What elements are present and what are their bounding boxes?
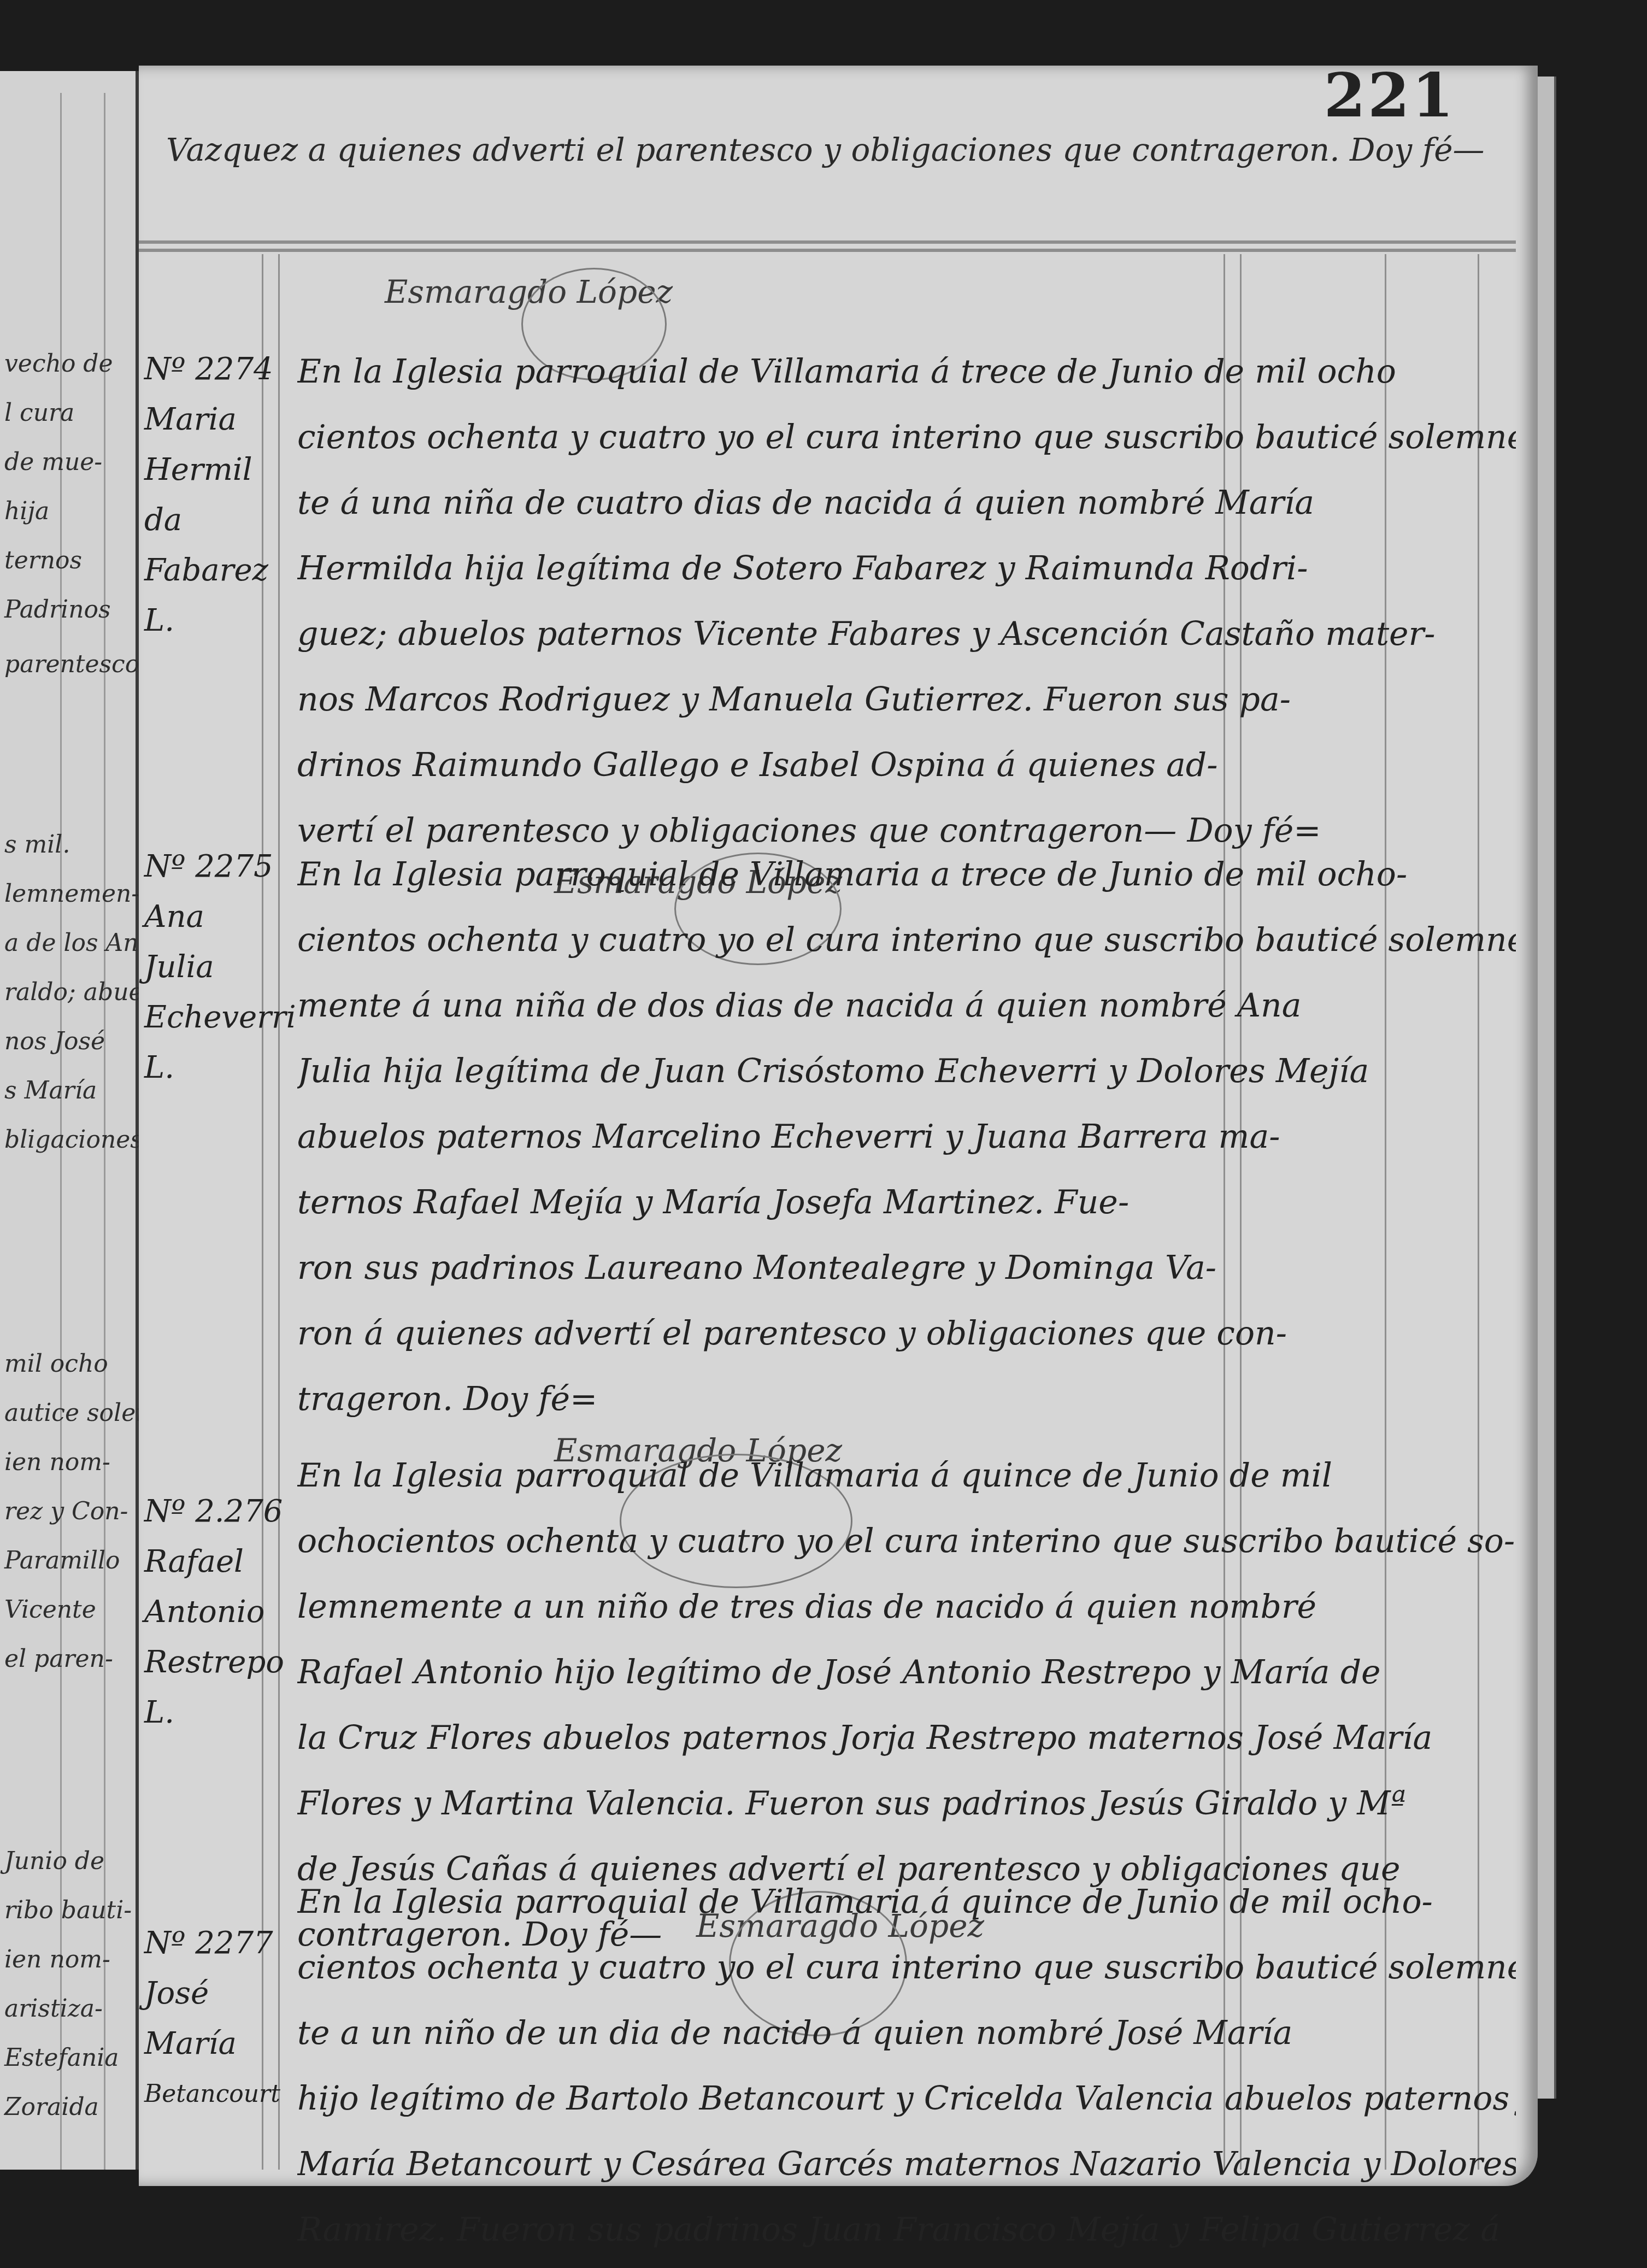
previous-page-fragment: vecho de l cura de mue- hija ternos Padr… xyxy=(0,71,139,2170)
child-name: Hermil xyxy=(144,445,270,495)
register-page: 221 Vazquez a quienes adverti el parente… xyxy=(139,66,1538,2186)
child-name: Maria xyxy=(144,395,270,445)
child-name: Antonio xyxy=(144,1587,270,1637)
child-name: Rafael xyxy=(144,1537,270,1587)
record-line: Hermilda hija legítima de Sotero Fabarez… xyxy=(297,536,1516,601)
child-name: Julia xyxy=(144,942,270,992)
child-surname: Echeverri xyxy=(144,992,270,1043)
left-fragment: Zoraida xyxy=(4,2093,99,2121)
legitimacy-mark: L. xyxy=(144,596,270,646)
left-fragment: nos José xyxy=(4,1027,105,1055)
record-line: María Betancourt y Cesárea Garcés matern… xyxy=(297,2131,1516,2197)
left-fragment: ien nom- xyxy=(4,1946,110,1973)
record-line: ochocientos ochenta y cuatro yo el cura … xyxy=(297,1508,1516,1574)
page-number: 221 xyxy=(1324,60,1456,131)
column-rule xyxy=(278,254,280,2170)
left-fragment: mil ocho xyxy=(4,1350,108,1378)
record-line: drinos Raimundo Gallego e Isabel Ospina … xyxy=(297,732,1516,798)
record-line: te á una niña de cuatro dias de nacida á… xyxy=(297,470,1516,536)
record-margin-entry: Nº 2277 José María Betancourt xyxy=(144,1918,270,2119)
record-margin-entry: Nº 2.276 Rafael Antonio Restrepo L. xyxy=(144,1486,270,1738)
record-body: En la Iglesia parroquial de Villamaria á… xyxy=(297,339,1516,863)
continuation-line: Vazquez a quienes adverti el parentesco … xyxy=(139,131,1516,168)
legitimacy-mark: L. xyxy=(144,1688,270,1738)
left-fragment: Padrinos xyxy=(4,596,111,624)
record-number: Nº 2275 xyxy=(144,842,270,892)
legitimacy-mark: L. xyxy=(144,1043,270,1093)
child-surname: Betancourt xyxy=(144,2069,270,2119)
record-line: Rafael Antonio hijo legítimo de José Ant… xyxy=(297,1640,1516,1705)
record-line: hijo legítimo de Bartolo Betancourt y Cr… xyxy=(297,2066,1516,2131)
record-line: te a un niño de un dia de nacido á quien… xyxy=(297,2000,1516,2066)
child-name: Ana xyxy=(144,892,270,942)
left-fragment: rez y Con- xyxy=(4,1497,128,1525)
left-fragment: ribo bauti- xyxy=(4,1896,132,1924)
left-fragment: hija xyxy=(4,497,49,525)
left-fragment: vecho de xyxy=(4,350,113,378)
left-fragment: s María xyxy=(4,1077,97,1104)
left-fragment: parentesco xyxy=(4,650,139,678)
left-fragment: s mil. xyxy=(4,831,70,859)
record-body: En la Iglesia parroquial de Villamaria á… xyxy=(297,1869,1516,2263)
record-number: Nº 2274 xyxy=(144,344,270,395)
left-fragment: raldo; abue- xyxy=(4,978,151,1006)
left-fragment: l cura xyxy=(4,399,74,427)
record-line: lemnemente a un niño de tres dias de nac… xyxy=(297,1574,1516,1640)
record-line: En la Iglesia parroquial de Villamaria a… xyxy=(297,842,1516,907)
left-fragment: Estefania xyxy=(4,2044,119,2072)
left-fragment: bligaciones xyxy=(4,1126,143,1154)
header-rule xyxy=(139,249,1516,252)
child-name: José xyxy=(144,1969,270,2019)
page-edge xyxy=(1538,77,1556,2099)
record-line: cientos ochenta y cuatro yo el cura inte… xyxy=(297,907,1516,973)
left-fragment: aristiza- xyxy=(4,1995,103,2023)
record-line: Ramirez. Fueron sus padrinos Juan Franci… xyxy=(297,2197,1516,2263)
record-line: ron sus padrinos Laureano Montealegre y … xyxy=(297,1235,1516,1301)
record-margin-entry: Nº 2274 Maria Hermil da Fabarez L. xyxy=(144,344,270,646)
record-line: la Cruz Flores abuelos paternos Jorja Re… xyxy=(297,1705,1516,1771)
record-number: Nº 2277 xyxy=(144,1918,270,1969)
header-rule xyxy=(139,240,1516,244)
child-surname: Fabarez xyxy=(144,545,270,596)
left-fragment: a de los An- xyxy=(4,929,147,957)
record-margin-entry: Nº 2275 Ana Julia Echeverri L. xyxy=(144,842,270,1093)
left-fragment: lemnemen- xyxy=(4,880,139,908)
record-line: abuelos paternos Marcelino Echeverri y J… xyxy=(297,1104,1516,1170)
left-fragment: ien nom- xyxy=(4,1448,110,1476)
record-line: Flores y Martina Valencia. Fueron sus pa… xyxy=(297,1771,1516,1836)
record-line: Julia hija legítima de Juan Crisóstomo E… xyxy=(297,1038,1516,1104)
child-name: da xyxy=(144,495,270,545)
record-line: ternos Rafael Mejía y María Josefa Marti… xyxy=(297,1170,1516,1235)
left-fragment: el paren- xyxy=(4,1645,113,1673)
record-line: nos Marcos Rodriguez y Manuela Gutierrez… xyxy=(297,667,1516,732)
left-fragment: ternos xyxy=(4,547,82,574)
left-fragment: de mue- xyxy=(4,448,102,476)
left-fragment: Paramillo xyxy=(4,1547,120,1574)
record-line: En la Iglesia parroquial de Villamaria á… xyxy=(297,339,1516,404)
record-line: En la Iglesia parroquial de Villamaria á… xyxy=(297,1443,1516,1508)
record-line: cientos ochenta y cuatro yo el cura inte… xyxy=(297,404,1516,470)
record-line: guez; abuelos paternos Vicente Fabares y… xyxy=(297,601,1516,667)
left-fragment: Junio de xyxy=(4,1847,104,1875)
record-line: mente á una niña de dos dias de nacida á… xyxy=(297,973,1516,1038)
child-name: María xyxy=(144,2019,270,2069)
record-line: trageron. Doy fé= xyxy=(297,1366,1516,1432)
record-number: Nº 2.276 xyxy=(144,1486,270,1537)
record-body: En la Iglesia parroquial de Villamaria a… xyxy=(297,842,1516,1432)
record-line: ron á quienes advertí el parentesco y ob… xyxy=(297,1301,1516,1366)
record-line: En la Iglesia parroquial de Villamaria á… xyxy=(297,1869,1516,1935)
child-surname: Restrepo xyxy=(144,1637,270,1688)
left-fragment: Vicente xyxy=(4,1596,96,1624)
record-line: cientos ochenta y cuatro yo el cura inte… xyxy=(297,1935,1516,2000)
